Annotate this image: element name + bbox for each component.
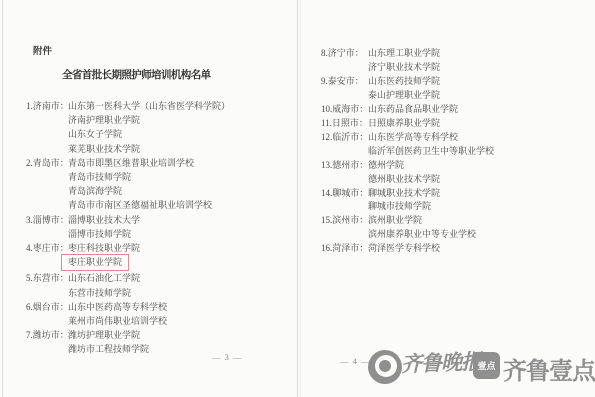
entry-city-label: 10.威海市：: [321, 103, 368, 117]
list-entry-15: 15.滨州市：滨州职业学院滨州康养职业中等专业学校: [321, 214, 494, 242]
institution-name: 菏泽医学专科学校: [368, 242, 494, 256]
institution-name: 德州职业技术学院: [368, 173, 494, 187]
institution-name: 枣庄科技职业学院: [68, 241, 230, 255]
list-entry-16: 16.菏泽市：菏泽医学专科学校: [321, 242, 494, 256]
entry-city-label: 14.聊城市：: [321, 187, 368, 201]
entry-city-label: 13.德州市：: [321, 159, 368, 173]
institution-name: 山东女子学院: [68, 127, 230, 141]
institution-name: 山东医学高等专科学校: [368, 131, 494, 145]
entry-city-label: 3.淄博市：: [26, 213, 68, 227]
institution-name: 淄博职业技术大学: [68, 213, 230, 227]
list-entry-12: 12.临沂市：山东医学高等专科学校临沂军创医药卫生中等职业学校: [321, 131, 494, 159]
institution-name: 泰山护理职业学院: [368, 89, 494, 103]
list-entry-11: 11.日照市：日照康养职业学院: [321, 117, 494, 131]
right-page-institution-list: 8.济宁市：山东理工职业学院济宁职业技术学院9.泰安市：山东医药技师学院泰山护理…: [321, 47, 494, 256]
list-entry-1: 1.济南市：山东第一医科大学（山东省医学科学院）济南护理职业学院山东女子学院莱芜…: [26, 99, 230, 156]
list-entry-13: 13.德州市：德州学院德州职业技术学院: [321, 159, 494, 187]
institution-name: 滨州职业学院: [368, 214, 494, 228]
institution-name: 青岛滨海学院: [68, 184, 230, 198]
institution-name: 山东药品食品职业学院: [368, 103, 494, 117]
app-icon-glyph: 壹点: [477, 359, 495, 372]
attachment-label: 附件: [33, 43, 52, 57]
entry-city-label: 16.菏泽市：: [321, 242, 368, 256]
list-entry-7: 7.潍坊市：潍坊护理职业学院潍坊市工程技师学院: [26, 328, 230, 356]
entry-city-label: 1.济南市：: [26, 99, 68, 113]
qilu-evening-news-wordmark: 齐鲁晚报: [401, 346, 482, 379]
institution-name: 德州学院: [368, 159, 494, 173]
list-entry-5: 5.东营市：山东石油化工学院东营市技师学院: [26, 271, 230, 299]
institution-name: 莱芜职业技术学院: [68, 142, 230, 156]
institution-name: 济南护理职业学院: [68, 113, 230, 127]
institution-name: 青岛市市南区圣德福祉职业培训学校: [68, 198, 230, 212]
list-entry-3: 3.淄博市：淄博职业技术大学淄博市技师学院: [26, 213, 230, 241]
institution-name: 临沂军创医药卫生中等职业学校: [368, 145, 494, 159]
institution-name: 潍坊市工程技师学院: [68, 342, 230, 356]
qilu-yidian-wordmark: 齐鲁壹点: [503, 351, 595, 386]
institution-name: 青岛市即墨区维普职业培训学校: [68, 156, 230, 170]
document-title: 全省首批长期照护师培训机构名单: [62, 67, 211, 82]
list-entry-10: 10.威海市：山东药品食品职业学院: [321, 103, 494, 117]
left-page-edge-line: [2, 0, 3, 397]
left-page-institution-list: 1.济南市：山东第一医科大学（山东省医学科学院）济南护理职业学院山东女子学院莱芜…: [26, 99, 230, 357]
entry-city-label: 9.泰安市：: [321, 75, 368, 89]
institution-name: 聊城市技师学院: [368, 200, 494, 214]
institution-name: 山东医药技师学院: [368, 75, 494, 89]
list-entry-14: 14.聊城市：聊城职业技术学院聊城市技师学院: [321, 187, 494, 215]
entry-city-label: 2.青岛市：: [26, 156, 68, 170]
scanned-document: 附件 全省首批长期照护师培训机构名单 1.济南市：山东第一医科大学（山东省医学科…: [0, 0, 595, 397]
entry-city-label: 11.日照市：: [321, 117, 368, 131]
list-entry-4: 4.枣庄市：枣庄科技职业学院枣庄职业学院: [26, 241, 230, 271]
qilu-evening-news-logo-icon: [368, 350, 402, 384]
institution-name: 聊城职业技术学院: [368, 187, 494, 201]
institution-name: 滨州康养职业中等专业学校: [368, 228, 494, 242]
list-entry-2: 2.青岛市：青岛市即墨区维普职业培训学校青岛市技师学院青岛滨海学院青岛市市南区圣…: [26, 156, 230, 213]
institution-name: 日照康养职业学院: [368, 117, 494, 131]
institution-name: 山东第一医科大学（山东省医学科学院）: [68, 99, 230, 113]
institution-name: 潍坊护理职业学院: [68, 328, 230, 342]
institution-name: 济宁职业技术学院: [368, 61, 494, 75]
entry-city-label: 8.济宁市：: [321, 47, 368, 61]
institution-name: 山东中医药高等专科学校: [68, 300, 230, 314]
list-entry-6: 6.烟台市：山东中医药高等专科学校莱州市尚伟职业培训学校: [26, 300, 230, 328]
institution-name: 东营市技师学院: [68, 286, 230, 300]
institution-name: 青岛市技师学院: [68, 170, 230, 184]
institution-name: 山东理工职业学院: [368, 47, 494, 61]
page-number-4: — 4 —: [340, 356, 371, 366]
institution-name: 淄博市技师学院: [68, 227, 230, 241]
entry-city-label: 15.滨州市：: [321, 214, 368, 228]
entry-city-label: 7.潍坊市：: [26, 328, 68, 342]
entry-city-label: 4.枣庄市：: [26, 241, 68, 255]
logo-swirl-dot: [379, 360, 391, 372]
institution-name: 山东石油化工学院: [68, 271, 230, 285]
entry-city-label: 6.烟台市：: [26, 300, 68, 314]
entry-city-label: 12.临沂市：: [321, 131, 368, 145]
page-seam-line: [297, 0, 298, 397]
institution-name: 莱州市尚伟职业培训学校: [68, 314, 230, 328]
entry-city-label: 5.东营市：: [26, 271, 68, 285]
page-seam-shadow: [300, 0, 301, 397]
list-entry-9: 9.泰安市：山东医药技师学院泰山护理职业学院: [321, 75, 494, 103]
qilu-yidian-app-icon: 壹点: [473, 352, 500, 379]
list-entry-8: 8.济宁市：山东理工职业学院济宁职业技术学院: [321, 47, 494, 75]
institution-name: 枣庄职业学院: [68, 255, 230, 271]
page-number-3: — 3 —: [212, 352, 243, 362]
highlighted-institution-annotation-box: 枣庄职业学院: [61, 254, 129, 271]
